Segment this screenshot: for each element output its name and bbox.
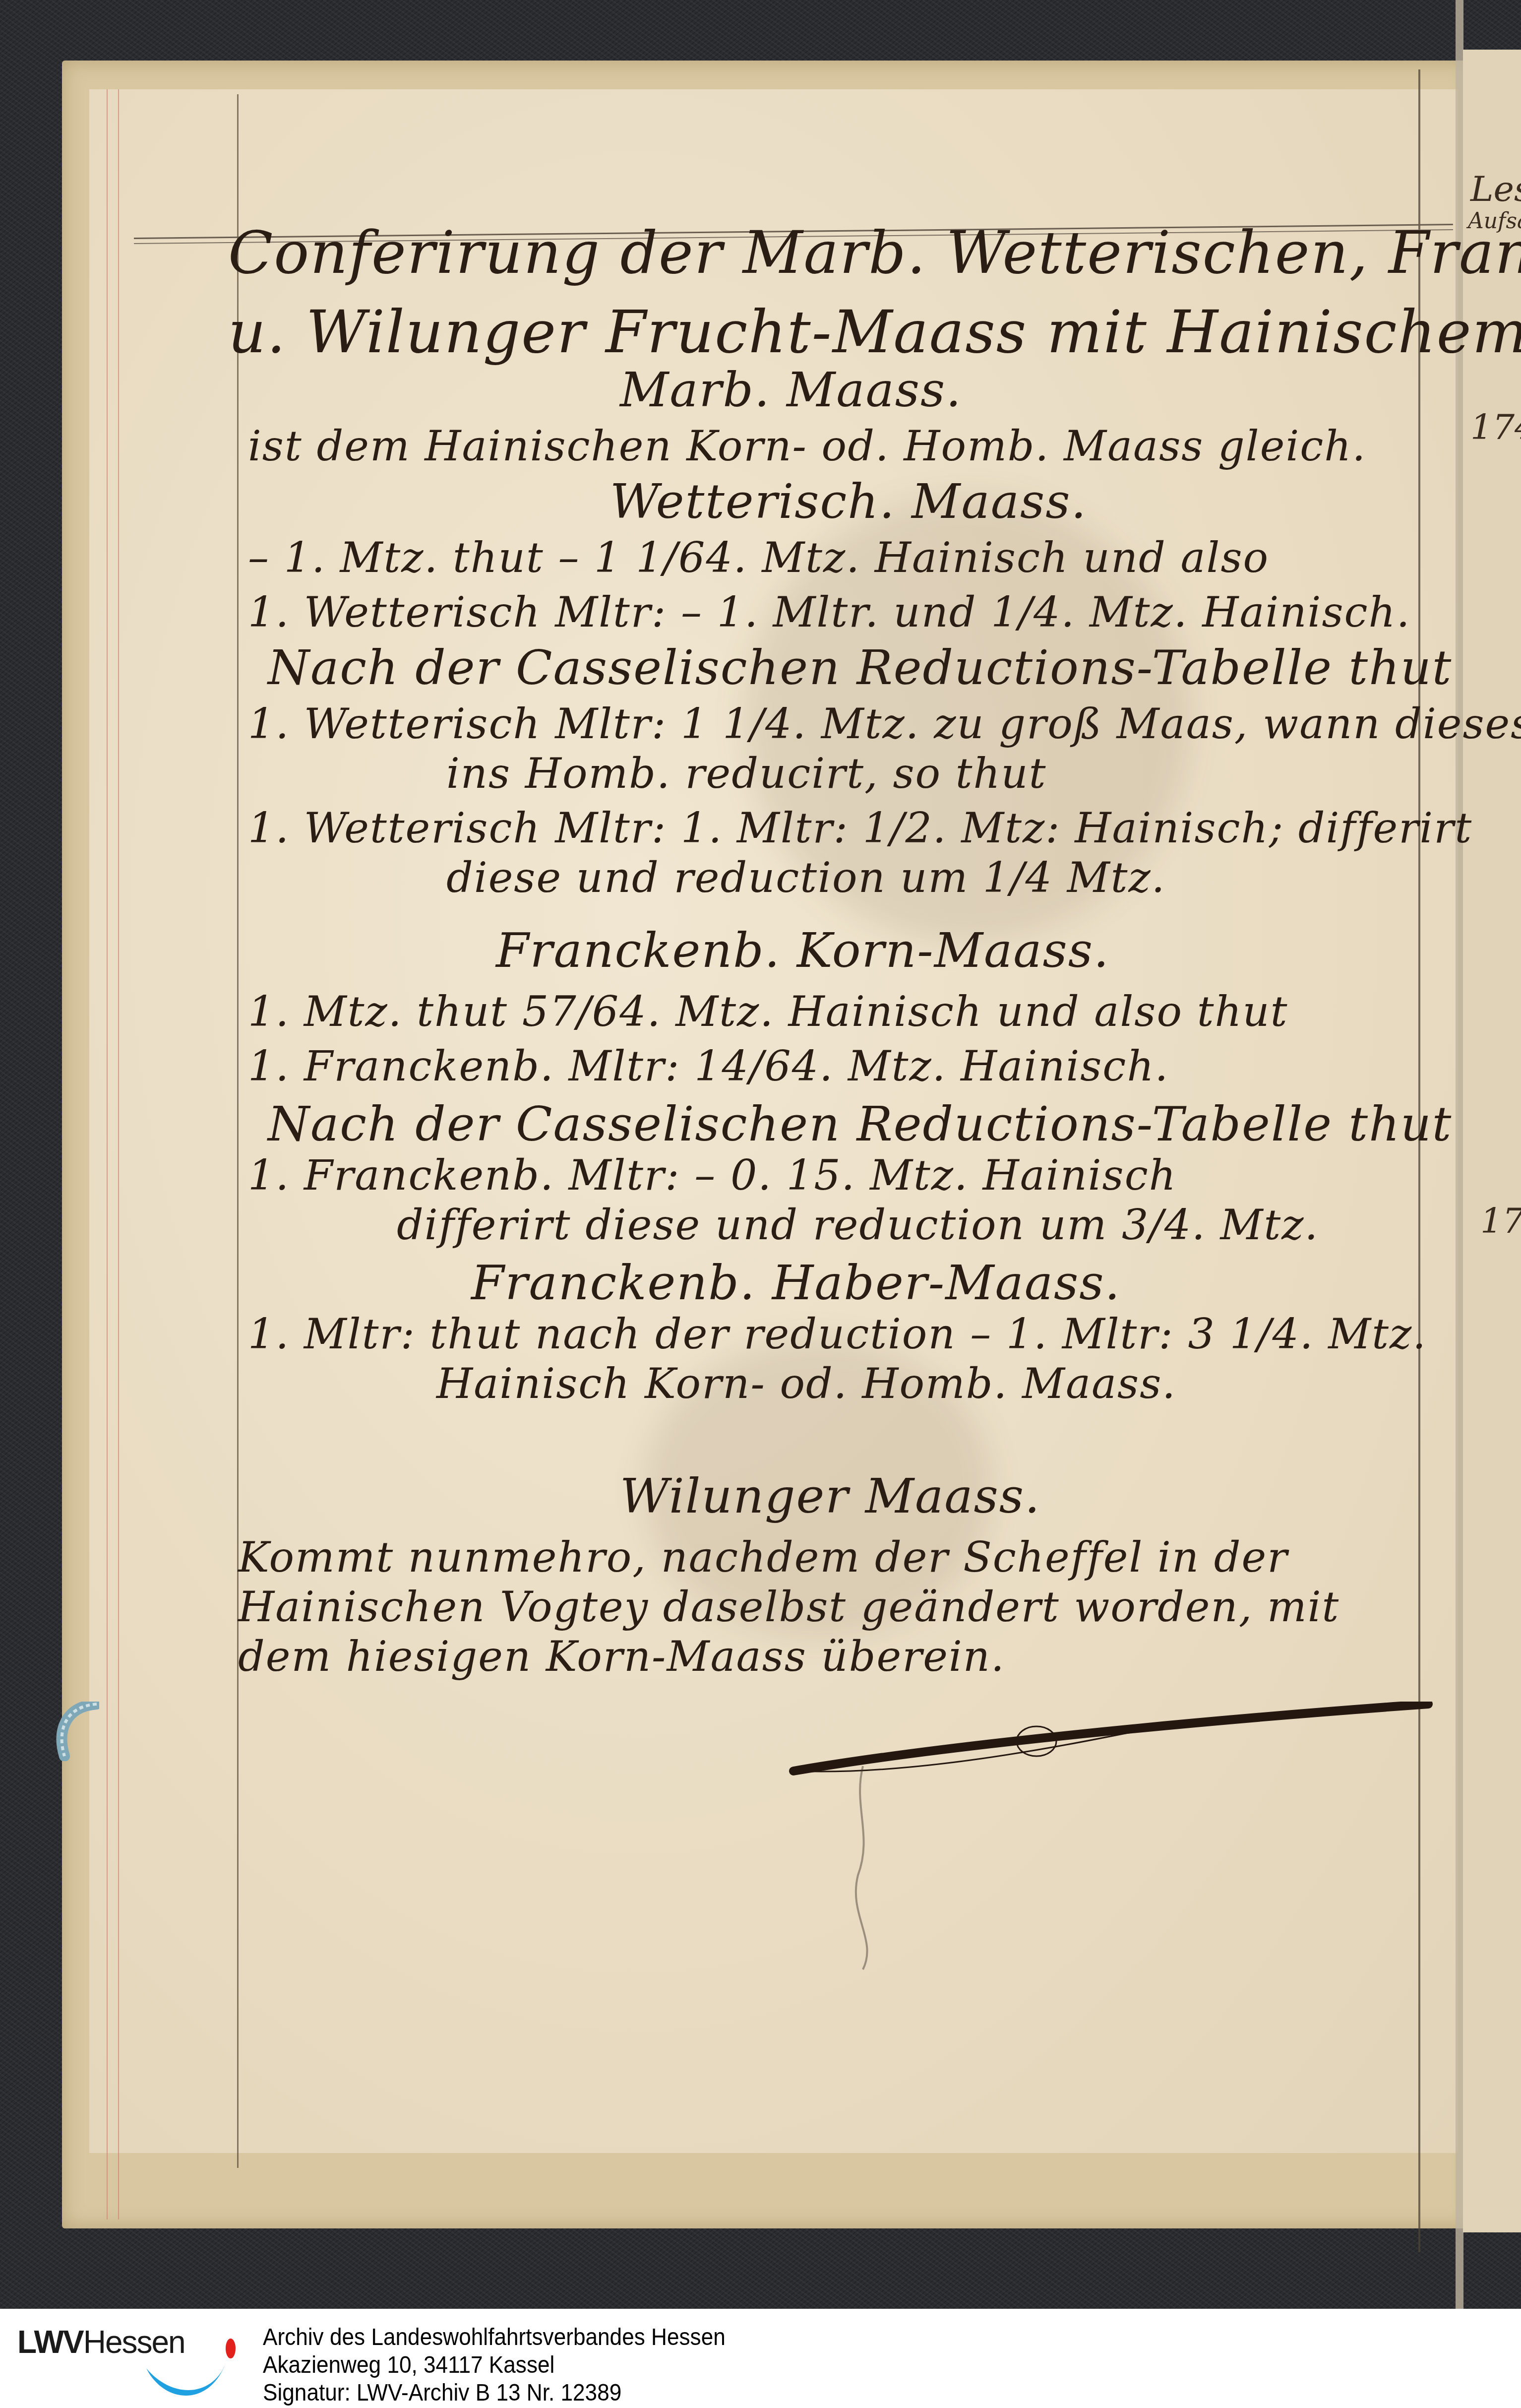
text-line: differirt diese und reduction um 3/4. Mt… [397, 1201, 1319, 1249]
closing-flourish [789, 1702, 1433, 1776]
text-line: 1. Franckenb. Mltr: – 0. 15. Mtz. Hainis… [248, 1151, 1177, 1200]
left-margin-rule [237, 94, 239, 2168]
section-title-wetterisch: Wetterisch. Maass. [610, 474, 1087, 529]
text-line: 1. Wetterisch Mltr: – 1. Mltr. und 1/4. … [248, 588, 1410, 636]
text-line: 1. Franckenb. Mltr: 14/64. Mtz. Hainisch… [248, 1042, 1169, 1090]
red-margin-line [118, 89, 119, 2219]
text-line: dem hiesigen Korn-Maass überein. [238, 1632, 1005, 1681]
right-margin-rule [1418, 69, 1420, 2252]
section-title-franckenb-korn: Franckenb. Korn-Maass. [496, 923, 1110, 978]
adjacent-page-note: Aufsatz… [1468, 208, 1521, 234]
logo-text-lwv: LWV [17, 2324, 83, 2360]
text-line: Hainisch Korn- od. Homb. Maass. [436, 1359, 1176, 1408]
faint-ink-trace [843, 1766, 883, 1974]
text-line: Kommt nunmehro, nachdem der Scheffel in … [238, 1533, 1288, 1582]
adjacent-page-note: 174… [1480, 1201, 1521, 1241]
text-line: Hainischen Vogtey daselbst geändert word… [238, 1583, 1339, 1631]
red-margin-line [107, 89, 108, 2219]
logo-red-dot [226, 2339, 236, 2358]
adjacent-page-note: Les… [1470, 169, 1521, 209]
text-line: Nach der Casselischen Reductions-Tabelle… [268, 1096, 1452, 1152]
archive-info: Archiv des Landeswohlfahrtsverbandes Hes… [263, 2324, 726, 2407]
lwv-hessen-logo: LWVHessen [17, 2324, 185, 2360]
text-line: diese und reduction um 1/4 Mtz. [446, 853, 1165, 902]
scan-background: Conferirung der Marb. Wetterischen, Fran… [0, 0, 1521, 2309]
adjacent-page [1463, 50, 1521, 2232]
archive-footer: LWVHessen Archiv des Landeswohlfahrtsver… [0, 2309, 1521, 2408]
archive-address: Akazienweg 10, 34117 Kassel [263, 2351, 726, 2379]
text-line: Nach der Casselischen Reductions-Tabelle… [268, 640, 1452, 696]
logo-text-hessen: Hessen [83, 2324, 185, 2360]
logo-swoosh-icon [144, 2358, 233, 2406]
text-line: 1. Mltr: thut nach der reduction – 1. Ml… [248, 1310, 1427, 1358]
archive-signature: Signatur: LWV-Archiv B 13 Nr. 12389 [263, 2379, 726, 2407]
adjacent-page-note: 174… [1470, 407, 1521, 447]
section-title-franckenb-haber: Franckenb. Haber-Maass. [471, 1255, 1121, 1311]
binding-string [55, 1702, 99, 1761]
heading-line-1: Conferirung der Marb. Wetterischen, Fran… [228, 218, 1521, 287]
text-line: 1. Mtz. thut 57/64. Mtz. Hainisch und al… [248, 987, 1288, 1036]
heading-line-2: u. Wilunger Frucht-Maass mit Hainischem … [228, 298, 1521, 366]
text-line: 1. Wetterisch Mltr: 1. Mltr: 1/2. Mtz: H… [248, 804, 1472, 852]
section-title-wilunger: Wilunger Maass. [620, 1468, 1041, 1524]
text-line: 1. Wetterisch Mltr: 1 1/4. Mtz. zu groß … [248, 699, 1521, 748]
text-line: – 1. Mtz. thut – 1 1/64. Mtz. Hainisch u… [248, 533, 1269, 582]
section-title-marb: Marb. Maass. [620, 362, 962, 418]
archive-name: Archiv des Landeswohlfahrtsverbandes Hes… [263, 2324, 726, 2351]
text-line: ins Homb. reducirt, so thut [446, 749, 1046, 798]
text-line: ist dem Hainischen Korn- od. Homb. Maass… [248, 422, 1366, 470]
